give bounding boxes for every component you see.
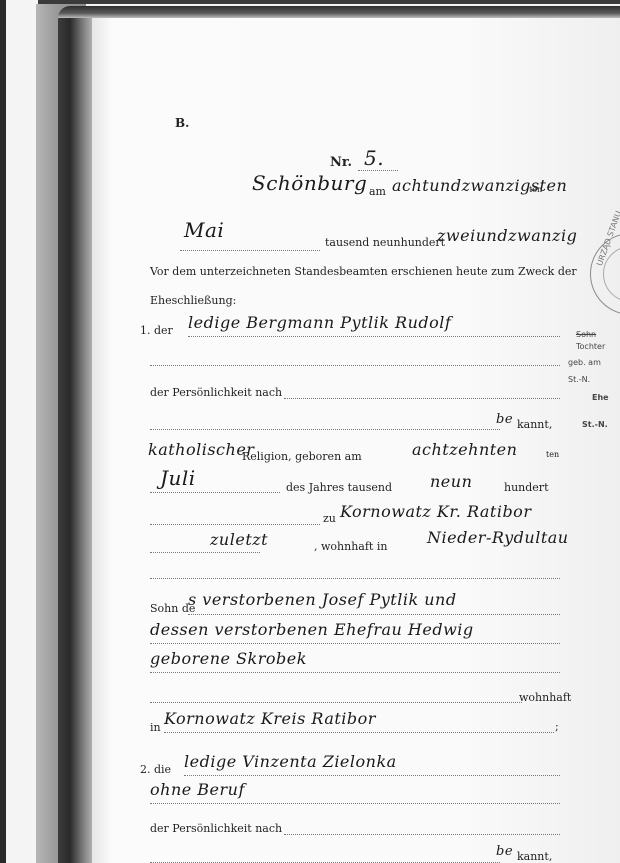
groom-religion-label: Religion, geboren am: [242, 450, 362, 463]
parents-line-2: dessen verstorbenen Ehefrau Hedwig: [150, 620, 474, 639]
parents-residence-label: wohnhaft: [519, 691, 571, 704]
dotted-line: [150, 365, 560, 366]
dotted-line: [184, 775, 560, 776]
place-name: Schönburg: [252, 171, 367, 195]
margin-note-tochter: Tochter: [576, 342, 605, 351]
groom-description: ledige Bergmann Pytlik Rudolf: [188, 313, 451, 332]
bride-identity-suffix: kannt,: [517, 850, 552, 863]
dotted-line: [150, 429, 500, 430]
book-cover-top: [58, 6, 620, 18]
dotted-line: [188, 336, 560, 337]
dotted-line: [150, 524, 320, 525]
intro-line-1: Vor dem unterzeichneten Standesbeamten e…: [150, 265, 577, 278]
dotted-line: [284, 398, 560, 399]
day-suffix: ten: [529, 185, 542, 194]
dotted-line: [150, 643, 560, 644]
dotted-line: [188, 614, 560, 615]
year-label: tausend neunhundert: [325, 236, 445, 249]
intro-line-2: Eheschließung:: [150, 294, 236, 307]
am-label: am: [369, 185, 386, 198]
bride-description: ledige Vinzenta Zielonka: [184, 752, 397, 771]
parents-residence-end: ;: [555, 720, 559, 733]
bride-number-label: 2. die: [140, 763, 171, 776]
parents-line-3: geborene Skrobek: [150, 649, 307, 668]
groom-identity-label: der Persönlichkeit nach: [150, 386, 282, 399]
groom-number-label: 1. der: [140, 324, 173, 337]
dotted-line: [150, 578, 560, 579]
bride-identity-label: der Persönlichkeit nach: [150, 822, 282, 835]
margin-note-st-n-2: St.-N.: [582, 420, 608, 429]
scan-border-top: [0, 0, 620, 4]
margin-note-st-n: St.-N.: [568, 375, 590, 384]
official-stamp: URZĄD STANU: [590, 233, 620, 315]
groom-birth-place: Kornowatz Kr. Ratibor: [340, 502, 531, 521]
margin-note-sohn: Sohn: [576, 330, 596, 339]
dotted-line: [180, 250, 320, 251]
groom-birth-place-label: zu: [323, 512, 336, 525]
groom-identity-suffix: kannt,: [517, 418, 552, 431]
groom-identity-prefix: be: [496, 412, 513, 427]
groom-residence-prefix: zuletzt: [210, 530, 268, 549]
bride-occupation: ohne Beruf: [150, 780, 245, 799]
marriage-month: Mai: [184, 218, 224, 242]
margin-note-ehe: Ehe: [592, 393, 609, 402]
dotted-line: [150, 672, 560, 673]
hundred-label: hundert: [504, 481, 548, 494]
groom-birth-year-label: des Jahres tausend: [286, 481, 392, 494]
groom-residence: Nieder-Rydultau: [427, 528, 569, 547]
groom-residence-label: , wohnhaft in: [314, 540, 387, 553]
dotted-line: [164, 732, 554, 733]
dotted-line: [284, 834, 560, 835]
groom-birth-day-suffix: ten: [546, 450, 559, 459]
parents-residence: Kornowatz Kreis Ratibor: [164, 709, 376, 728]
scan-margin: [6, 0, 38, 863]
record-number-label: Nr.: [330, 155, 352, 170]
groom-birth-day: achtzehnten: [412, 440, 517, 459]
groom-birth-month: Juli: [160, 466, 196, 490]
dotted-line: [150, 803, 560, 804]
section-letter: B.: [175, 116, 189, 130]
bride-identity-prefix: be: [496, 844, 513, 859]
groom-religion: katholischer: [148, 440, 254, 459]
dotted-line: [150, 552, 260, 553]
dotted-line: [150, 492, 280, 493]
marriage-year: zweiundzwanzig: [437, 226, 577, 245]
parents-line-1: s verstorbenen Josef Pytlik und: [188, 590, 457, 609]
record-number: 5.: [364, 146, 384, 170]
dotted-line: [150, 702, 522, 703]
register-page: B. Nr. 5. Schönburg am achtundzwanzigste…: [92, 18, 620, 863]
parents-residence-in: in: [150, 721, 161, 734]
margin-note-geb: geb. am: [568, 358, 601, 367]
groom-birth-year: neun: [430, 472, 472, 491]
